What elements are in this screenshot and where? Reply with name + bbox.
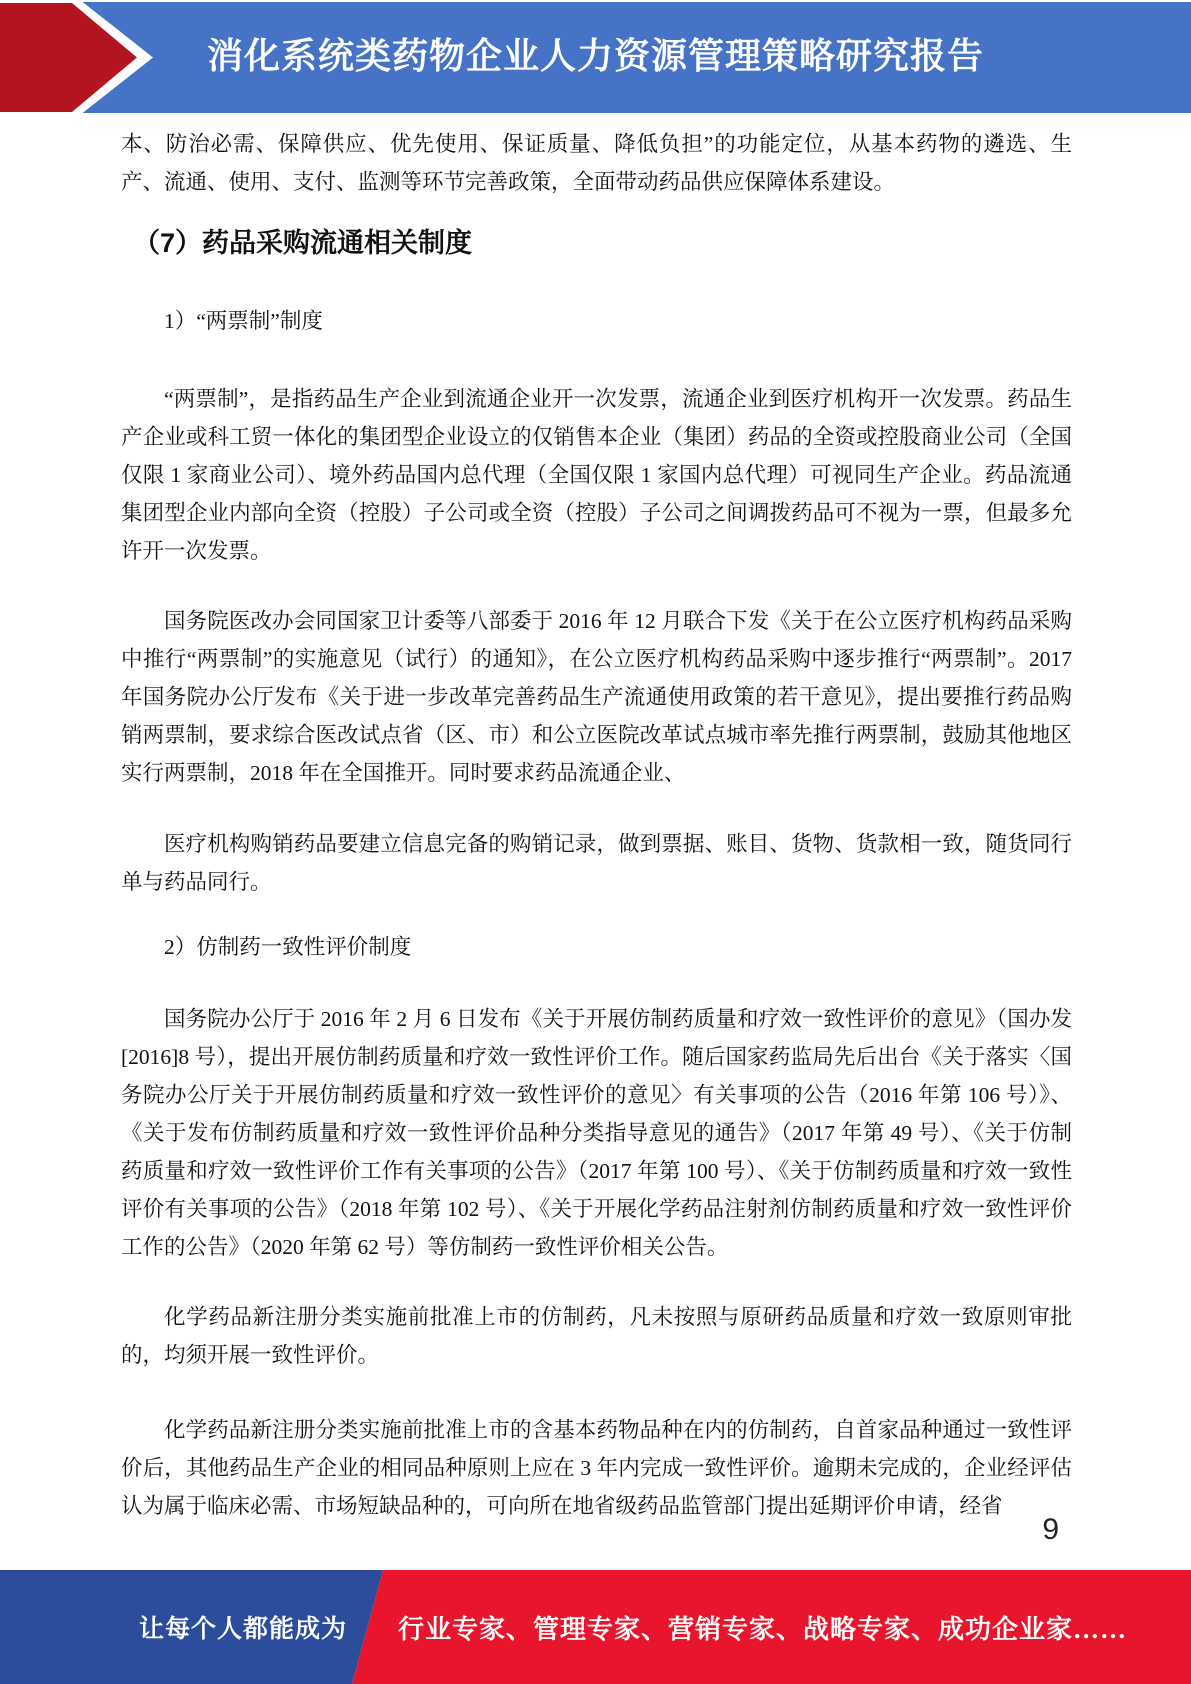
- paragraph-consistency-requirement: 化学药品新注册分类实施前批准上市的仿制药，凡未按照与原研药品质量和疗效一致原则审…: [121, 1298, 1072, 1374]
- footer-slogan-left: 让每个人都能成为: [0, 1570, 347, 1684]
- footer-slogan-right: 行业专家、管理专家、营销专家、战略专家、成功企业家……: [398, 1570, 1151, 1684]
- report-page: 消化系统类药物企业人力资源管理策略研究报告 本、防治必需、保障供应、优先使用、保…: [0, 0, 1191, 1684]
- section-7-heading: （7）药品采购流通相关制度: [133, 223, 1072, 263]
- paragraph-two-invoice-definition: “两票制”，是指药品生产企业到流通企业开一次发票，流通企业到医疗机构开一次发票。…: [121, 380, 1072, 570]
- paragraph-consistency-announcements: 国务院办公厅于 2016 年 2 月 6 日发布《关于开展仿制药质量和疗效一致性…: [121, 1000, 1072, 1266]
- paragraph-intro-continuation: 本、防治必需、保障供应、优先使用、保证质量、降低负担”的功能定位，从基本药物的遴…: [121, 125, 1072, 201]
- paragraph-purchase-records: 医疗机构购销药品要建立信息完备的购销记录，做到票据、账目、货物、货款相一致，随货…: [121, 825, 1072, 901]
- subsection-2-heading: 2）仿制药一致性评价制度: [121, 928, 1072, 966]
- page-footer: 让每个人都能成为 行业专家、管理专家、营销专家、战略专家、成功企业家……: [0, 1570, 1191, 1684]
- page-number: 9: [1042, 1513, 1059, 1547]
- paragraph-consistency-deadline: 化学药品新注册分类实施前批准上市的含基本药物品种在内的仿制药，自首家品种通过一致…: [121, 1411, 1072, 1525]
- page-header-banner: 消化系统类药物企业人力资源管理策略研究报告: [0, 2, 1191, 113]
- report-title: 消化系统类药物企业人力资源管理策略研究报告: [0, 2, 1191, 113]
- document-body: 本、防治必需、保障供应、优先使用、保证质量、降低负担”的功能定位，从基本药物的遴…: [0, 113, 1191, 1525]
- subsection-1-heading: 1）“两票制”制度: [121, 302, 1072, 340]
- paragraph-two-invoice-policy: 国务院医改办会同国家卫计委等八部委于 2016 年 12 月联合下发《关于在公立…: [121, 602, 1072, 792]
